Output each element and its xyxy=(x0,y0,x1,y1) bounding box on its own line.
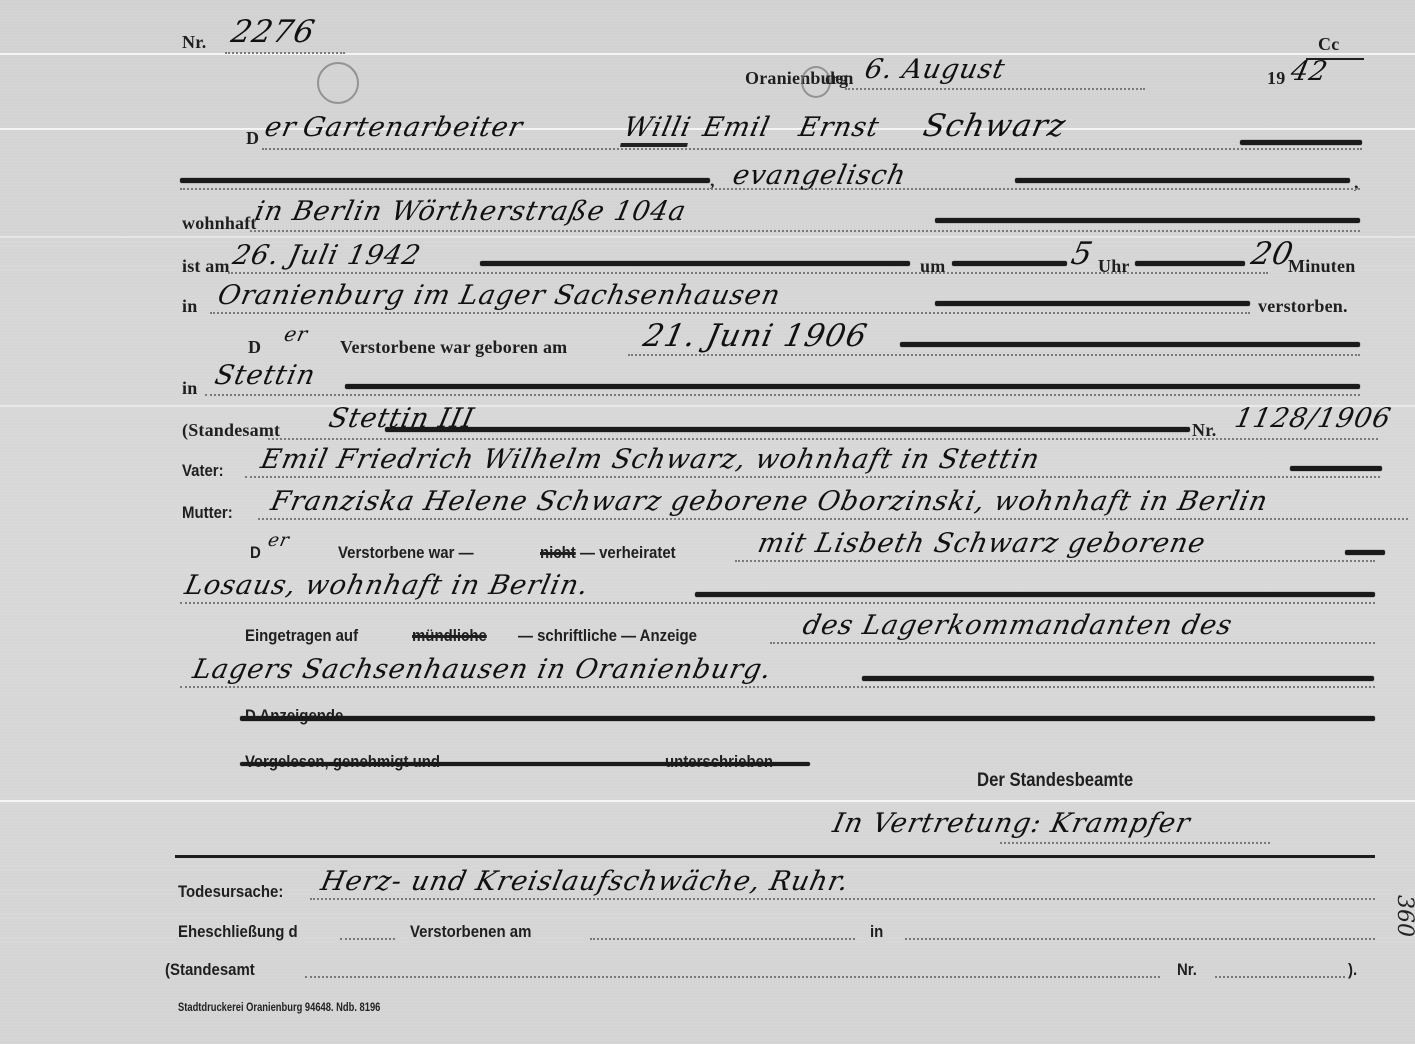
birth-date: 21. Juni 1906 xyxy=(640,318,871,354)
place-of-death: Oranienburg im Lager Sachsenhausen xyxy=(215,280,784,311)
marriage-label: Eheschließung d xyxy=(178,922,298,942)
registration-prefix: Eingetragen auf xyxy=(245,626,358,646)
article-suffix: er xyxy=(262,112,299,143)
dotted-line xyxy=(628,354,1360,356)
dotted-line xyxy=(210,312,1250,314)
fill-strike xyxy=(900,342,1360,347)
official-title: Der Standesbeamte xyxy=(977,770,1133,792)
marital-label-before: Verstorbene war — xyxy=(338,543,474,563)
scan-line xyxy=(0,53,1415,55)
date-prefix: den xyxy=(825,68,854,89)
religion: evangelisch xyxy=(730,160,909,191)
fill-strike xyxy=(1015,178,1350,183)
article-prefix: D xyxy=(246,128,259,149)
fill-strike xyxy=(935,218,1360,223)
cause-label: Todesursache: xyxy=(178,882,283,902)
fill-strike xyxy=(695,592,1375,597)
reporter-line-1: des Lagerkommandanten des xyxy=(800,610,1235,641)
fill-strike xyxy=(480,261,910,266)
birth-label: Verstorbene war geboren am xyxy=(340,337,567,358)
dotted-line xyxy=(205,394,1360,396)
fill-strike xyxy=(385,427,1190,432)
year-prefix: 19 xyxy=(1267,68,1285,89)
fill-strike xyxy=(180,178,710,183)
dotted-line xyxy=(180,686,1375,688)
father-value: Emil Friedrich Wilhelm Schwarz, wohnhaft… xyxy=(258,444,1043,475)
mother-value: Franziska Helene Schwarz geborene Oborzi… xyxy=(268,486,1271,517)
dotted-line xyxy=(305,976,1160,978)
fill-strike xyxy=(1240,140,1362,145)
marital-article: er xyxy=(266,530,292,551)
registry-close: ). xyxy=(1348,960,1357,980)
printer-imprint: Stadtdruckerei Oranienburg 94648. Ndb. 8… xyxy=(178,1000,380,1014)
scan-line xyxy=(0,800,1415,802)
issue-date: 6. August xyxy=(862,54,1008,85)
dotted-line xyxy=(340,938,395,940)
marital-prefix: D xyxy=(250,543,261,563)
given-name-underlined: Willi xyxy=(620,112,694,147)
margin-annotation: 360 xyxy=(1392,895,1415,937)
issue-year: 42 xyxy=(1288,56,1331,87)
dotted-line xyxy=(845,88,1145,90)
form-code: Cc xyxy=(1318,34,1339,55)
registry-nr-label: Nr. xyxy=(1177,960,1197,980)
dotted-line xyxy=(1000,842,1270,844)
fill-strike xyxy=(862,676,1374,681)
given-name-3: Ernst xyxy=(796,112,882,143)
dotted-line xyxy=(228,272,1268,274)
official-signature: In Vertretung: Krampfer xyxy=(830,808,1193,839)
given-name-2: Emil xyxy=(700,112,773,143)
death-date: 26. Juli 1942 xyxy=(230,240,424,271)
dotted-line xyxy=(180,188,1360,190)
scan-line xyxy=(0,236,1415,238)
occupation: Gartenarbeiter xyxy=(300,112,526,143)
death-hour: 5 xyxy=(1068,236,1096,272)
registration-middle: — schriftliche — Anzeige xyxy=(518,626,697,646)
dotted-line xyxy=(225,52,345,54)
dotted-line xyxy=(905,938,1375,940)
spouse-line-1: mit Lisbeth Schwarz geborene xyxy=(755,528,1209,559)
section-divider xyxy=(175,855,1375,858)
birth-registry-nr: 1128/1906 xyxy=(1232,403,1394,434)
residence-label: wohnhaft xyxy=(182,213,257,234)
cause-of-death: Herz- und Kreislaufschwäche, Ruhr. xyxy=(318,866,852,897)
dotted-line xyxy=(1215,976,1345,978)
mother-label: Mutter: xyxy=(182,503,233,523)
marriage-label-2: Verstorbenen am xyxy=(410,922,531,942)
place-label: in xyxy=(182,296,197,317)
dotted-line xyxy=(180,602,1375,604)
scan-line xyxy=(0,405,1415,407)
fill-strike xyxy=(952,261,1067,266)
dotted-line xyxy=(258,518,1408,520)
marital-label-after: — verheiratet xyxy=(580,543,676,563)
surname: Schwarz xyxy=(920,108,1069,144)
marriage-in-label: in xyxy=(870,922,883,942)
died-label: ist am xyxy=(182,256,230,277)
time-minuten-label: Minuten xyxy=(1288,256,1355,277)
registry-label: (Standesamt xyxy=(165,960,255,980)
certificate-number: 2276 xyxy=(228,14,319,50)
birth-place-label: in xyxy=(182,378,197,399)
dotted-line xyxy=(250,230,1360,232)
dotted-line xyxy=(262,148,1362,150)
birth-place: Stettin xyxy=(212,360,319,391)
dotted-line xyxy=(590,938,855,940)
fill-strike xyxy=(345,384,1360,389)
birth-registry-label: (Standesamt xyxy=(182,420,280,441)
spouse-line-2: Losaus, wohnhaft in Berlin. xyxy=(182,570,592,601)
strike-line xyxy=(240,762,810,766)
father-label: Vater: xyxy=(182,461,224,481)
fill-strike xyxy=(1135,261,1245,266)
residence-value: in Berlin Wörtherstraße 104a xyxy=(252,196,689,227)
dotted-line xyxy=(770,642,1375,644)
died-suffix: verstorben. xyxy=(1258,296,1348,317)
reporter-line-2: Lagers Sachsenhausen in Oranienburg. xyxy=(190,654,775,685)
fill-strike xyxy=(1290,466,1382,471)
dotted-line xyxy=(268,438,1378,440)
stamp-mark-icon xyxy=(317,62,359,104)
marital-struck-word: nicht xyxy=(540,543,576,563)
dotted-line xyxy=(245,476,1380,478)
number-label: Nr. xyxy=(182,32,206,53)
dotted-line xyxy=(735,560,1375,562)
registration-struck-option: mündliche xyxy=(412,626,487,646)
dotted-line xyxy=(310,898,1375,900)
birth-article: er xyxy=(282,322,311,346)
fill-strike xyxy=(935,301,1250,306)
birth-prefix: D xyxy=(248,337,261,358)
fill-strike xyxy=(1345,550,1385,555)
strike-line xyxy=(240,716,1375,721)
